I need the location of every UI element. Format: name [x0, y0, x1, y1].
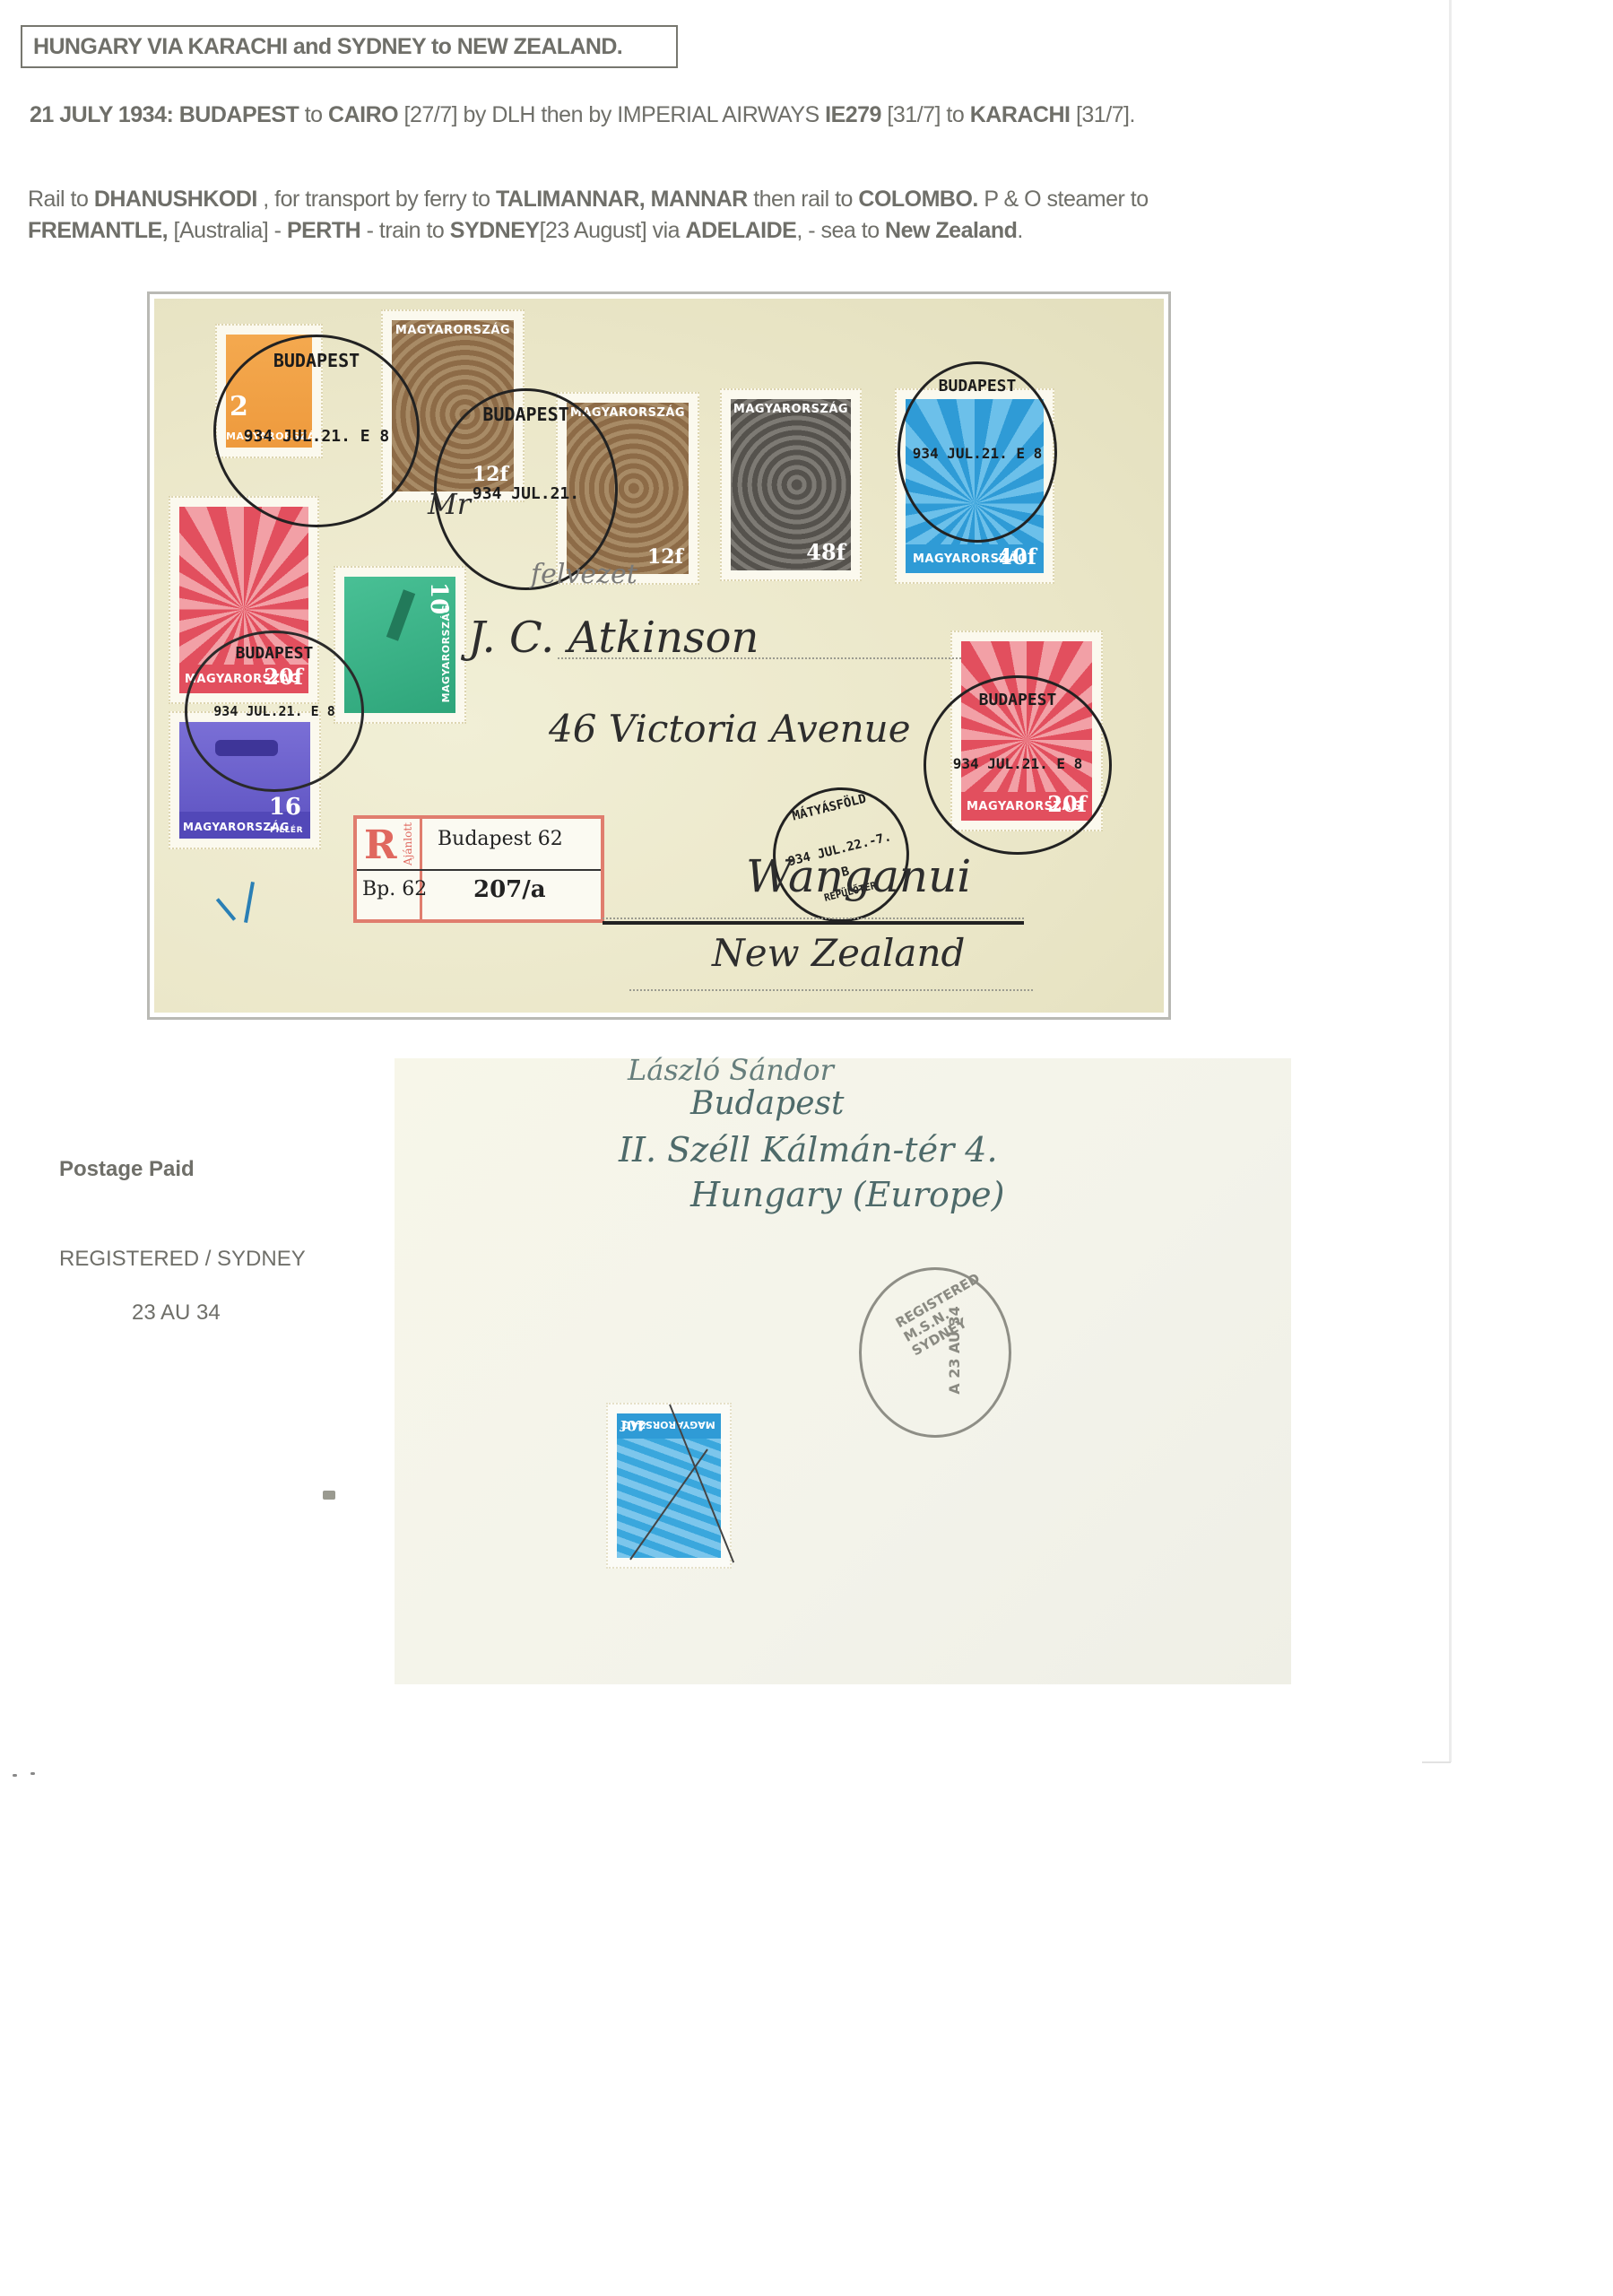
front-cover: 2 MAGYARORSZÁG MAGYARORSZÁG 12f MAGYAROR…: [154, 299, 1164, 1013]
route-text-segment: - train to: [360, 218, 450, 243]
page-divider: [1449, 0, 1452, 1762]
route-text-segment: 21 JULY 1934:: [30, 102, 179, 127]
sender-line-4: Hungary (Europe): [690, 1175, 1005, 1214]
address-country: New Zealand: [712, 931, 965, 975]
route-text-segment: COLOMBO.: [858, 187, 978, 212]
sender-line-2: Budapest: [690, 1085, 844, 1122]
route-text-segment: IE279: [825, 102, 881, 127]
route-text-segment: BUDAPEST: [179, 102, 299, 127]
route-text-segment: FREMANTLE,: [28, 218, 168, 243]
route-text-segment: ADELAIDE: [686, 218, 797, 243]
note-postage-paid: Postage Paid: [59, 1157, 195, 1182]
route-text-segment: .: [1017, 218, 1022, 243]
route-text-segment: DHANUSHKODI: [94, 187, 257, 212]
address-annotation: felvezet: [531, 559, 637, 590]
speck: [323, 1491, 335, 1500]
postmark-budapest-1: BUDAPEST 934 JUL.21. E 8: [213, 335, 420, 527]
route-text-segment: P & O steamer to: [978, 187, 1149, 212]
page-title-box: HUNGARY VIA KARACHI and SYDNEY to NEW ZE…: [21, 25, 678, 68]
route-text-segment: [31/7].: [1071, 102, 1135, 127]
route-text-segment: [23 August] via: [540, 218, 686, 243]
route-line-2: Rail to DHANUSHKODI , for transport by f…: [28, 187, 1149, 213]
route-text-segment: New Zealand: [885, 218, 1017, 243]
postmark-registered-sydney: REGISTERED M.S.N. SYDNEY A 23 AU 34: [859, 1267, 1011, 1438]
sender-line-3: II. Széll Kálmán-tér 4.: [619, 1130, 998, 1170]
route-text-segment: [31/7] to: [881, 102, 970, 127]
note-registered-sydney: REGISTERED / SYDNEY: [59, 1247, 306, 1272]
blue-crayon-mark: [216, 898, 236, 921]
postmark-budapest-5: BUDAPEST 934 JUL.21. E 8: [924, 675, 1112, 855]
route-text-segment: CAIRO: [328, 102, 398, 127]
address-city: Wanganui: [746, 850, 971, 902]
stamp-40f-blue-inverted: MAGYARORSZÁG 40f: [606, 1403, 732, 1569]
sender-line-1: László Sándor: [628, 1053, 834, 1087]
route-text-segment: Rail to: [28, 187, 94, 212]
registration-label: R Ajánlott Budapest 62 Bp. 62 207/a: [353, 815, 604, 923]
route-text-segment: PERTH: [287, 218, 360, 243]
route-text-segment: [Australia] -: [168, 218, 287, 243]
blue-crayon-mark: [244, 882, 255, 923]
route-line-1: 21 JULY 1934: BUDAPEST to CAIRO [27/7] b…: [30, 102, 1135, 128]
postmark-budapest-4: BUDAPEST 934 JUL.21. E 8: [185, 631, 364, 792]
postmark-budapest-3: BUDAPEST 934 JUL.21. E 8: [898, 361, 1057, 543]
address-note: Mr: [428, 487, 471, 521]
address-name: J. C. Atkinson: [468, 613, 759, 663]
stamp-48f-grey: MAGYARORSZÁG 48f: [720, 388, 862, 581]
route-text-segment: [27/7] by DLH then by IMPERIAL AIRWAYS: [398, 102, 825, 127]
route-text-segment: KARACHI: [970, 102, 1071, 127]
address-street: 46 Victoria Avenue: [549, 707, 911, 751]
page-divider-foot: [1422, 1761, 1451, 1763]
route-text-segment: TALIMANNAR, MANNAR: [496, 187, 748, 212]
speck: [13, 1774, 17, 1777]
route-text-segment: , for transport by ferry to: [257, 187, 496, 212]
route-text-segment: , - sea to: [796, 218, 885, 243]
note-date: 23 AU 34: [132, 1300, 221, 1326]
route-text-segment: to: [299, 102, 328, 127]
route-text-segment: then rail to: [748, 187, 859, 212]
route-line-3: FREMANTLE, [Australia] - PERTH - train t…: [28, 218, 1023, 244]
page-title: HUNGARY VIA KARACHI and SYDNEY to NEW ZE…: [33, 34, 622, 60]
route-text-segment: SYDNEY: [450, 218, 540, 243]
speck: [30, 1772, 35, 1775]
back-cover: László Sándor Budapest II. Széll Kálmán-…: [395, 1058, 1291, 1684]
